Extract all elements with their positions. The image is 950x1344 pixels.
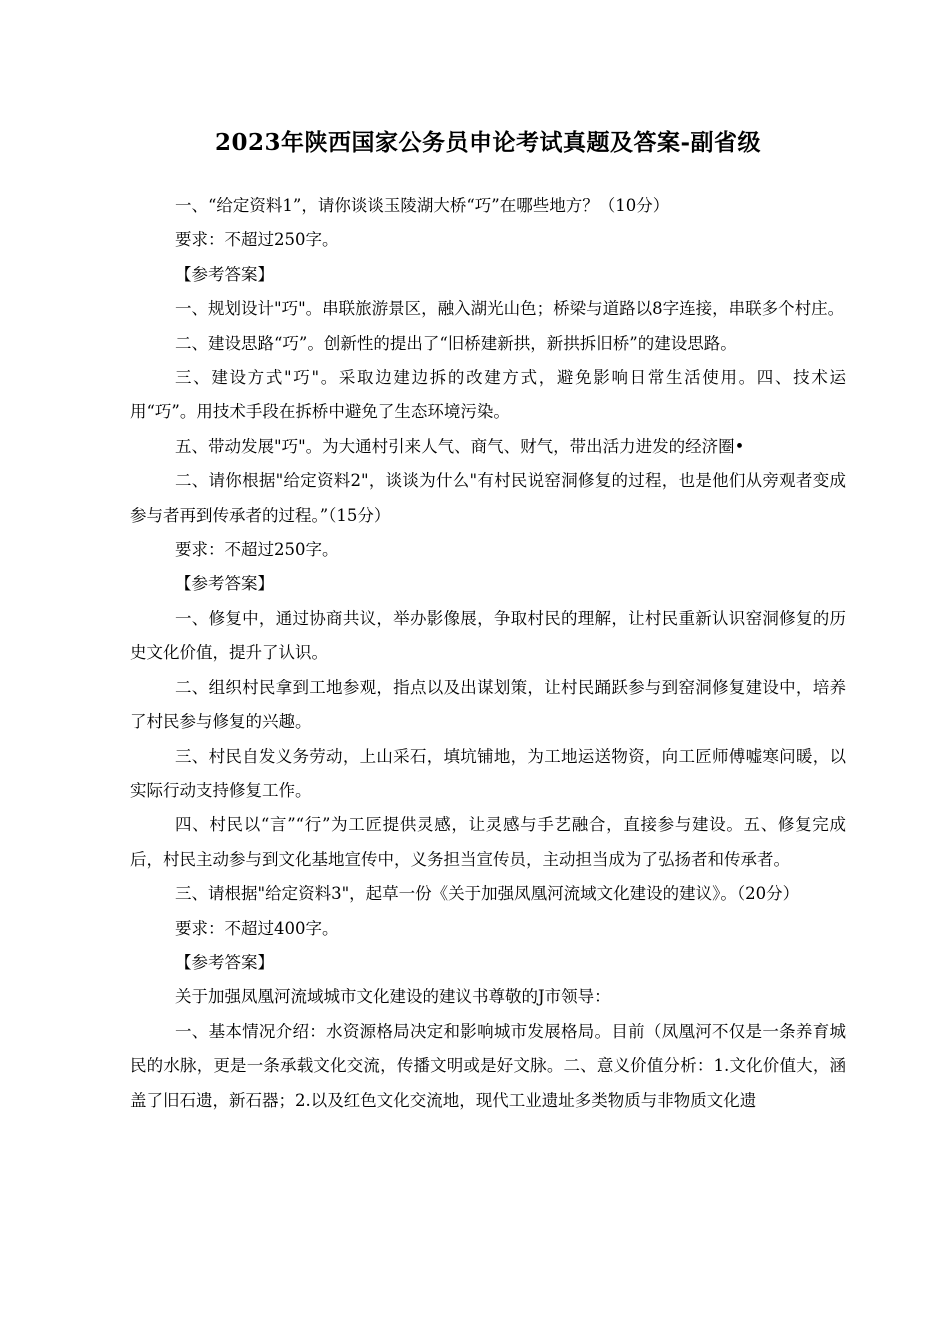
paragraph-answer-header-1: 【参考答案】 — [130, 258, 846, 292]
paragraph-answer-1-point-1: 一、规划设计"巧"。串联旅游景区，融入湖光山色；桥梁与道路以8字连接，串联多个村… — [130, 292, 846, 326]
paragraph-answer-3-body: 一、基本情况介绍：水资源格局决定和影响城市发展格局。目前（凤凰河不仅是一条养育城… — [130, 1015, 846, 1118]
document-title: 2023年陕西国家公务员申论考试真题及答案-副省级 — [130, 126, 846, 160]
paragraph-answer-1-point-5: 五、带动发展"巧"。为大通村引来人气、商气、财气，带出活力进发的经济圈• — [130, 430, 846, 464]
paragraph-requirement-2: 要求：不超过250字。 — [130, 533, 846, 567]
paragraph-answer-header-2: 【参考答案】 — [130, 567, 846, 601]
paragraph-answer-1-point-2: 二、建设思路“巧”。创新性的提出了“旧桥建新拱，新拱拆旧桥”的建设思路。 — [130, 327, 846, 361]
paragraph-question-3: 三、请根据"给定资料3"，起草一份《关于加强凤凰河流域文化建设的建议》。（20分… — [130, 877, 846, 911]
paragraph-answer-2-point-1: 一、修复中，通过协商共议，举办影像展，争取村民的理解，让村民重新认识窑洞修复的历… — [130, 602, 846, 671]
paragraph-requirement-1: 要求：不超过250字。 — [130, 223, 846, 257]
paragraph-question-2: 二、请你根据"给定资料2"，谈谈为什么"有村民说窑洞修复的过程，也是他们从旁观者… — [130, 464, 846, 533]
paragraph-answer-3-salutation: 关于加强凤凰河流域城市文化建设的建议书尊敬的J市领导： — [130, 980, 846, 1014]
paragraph-answer-1-point-3-4: 三、建设方式"巧"。采取边建边拆的改建方式，避免影响日常生活使用。四、技术运用“… — [130, 361, 846, 430]
paragraph-answer-2-point-4-5: 四、村民以“言”“行”为工匠提供灵感，让灵感与手艺融合，直接参与建设。五、修复完… — [130, 808, 846, 877]
paragraph-answer-2-point-2: 二、组织村民拿到工地参观，指点以及出谋划策，让村民踊跃参与到窑洞修复建设中，培养… — [130, 671, 846, 740]
paragraph-answer-2-point-3: 三、村民自发义务劳动，上山采石，填坑铺地，为工地运送物资，向工匠师傅嘘寒问暖，以… — [130, 740, 846, 809]
document-content: 2023年陕西国家公务员申论考试真题及答案-副省级 一、“给定资料1”，请你谈谈… — [130, 126, 846, 1118]
paragraph-requirement-3: 要求：不超过400字。 — [130, 912, 846, 946]
document-page: 2023年陕西国家公务员申论考试真题及答案-副省级 一、“给定资料1”，请你谈谈… — [0, 0, 950, 1344]
paragraph-question-1: 一、“给定资料1”，请你谈谈玉陵湖大桥“巧”在哪些地方？（10分） — [130, 189, 846, 223]
paragraph-answer-header-3: 【参考答案】 — [130, 946, 846, 980]
